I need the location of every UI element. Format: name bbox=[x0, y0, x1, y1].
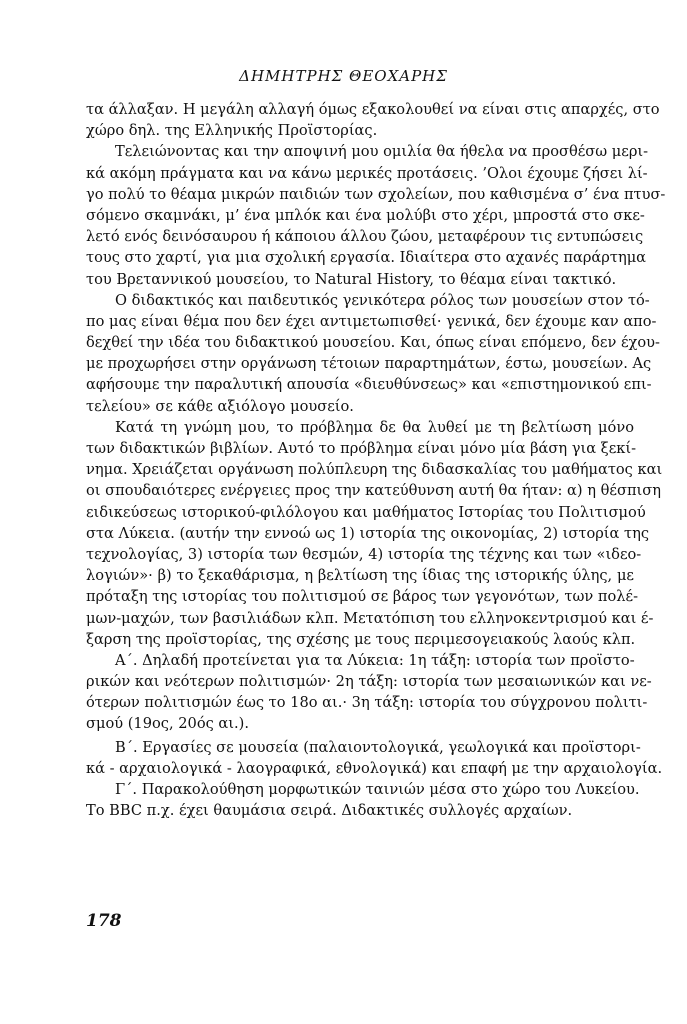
text-line: μων-μαχών, των βασιλιάδων κλπ. Μετατόπισ… bbox=[86, 608, 634, 629]
text-line: Γ΄. Παρακολούθηση μορφωτικών ταινιών μέσ… bbox=[86, 779, 634, 800]
page-number: 178 bbox=[86, 911, 122, 931]
text-line: ειδικεύσεως ιστορικού-φιλόλογου και μαθή… bbox=[86, 502, 634, 523]
text-line: Ο διδακτικός και παιδευτικός γενικότερα … bbox=[86, 290, 634, 311]
text-line: τα άλλαξαν. Η μεγάλη αλλαγή όμως εξακολο… bbox=[86, 99, 634, 120]
text-line: Α΄. Δηλαδή προτείνεται για τα Λύκεια: 1η… bbox=[86, 650, 634, 671]
text-line: δεχθεί την ιδέα του διδακτικού μουσείου.… bbox=[86, 332, 634, 353]
text-line: ότερων πολιτισμών έως το 18ο αι.· 3η τάξ… bbox=[86, 692, 634, 713]
paragraph: Β΄. Εργασίες σε μουσεία (παλαιοντολογικά… bbox=[86, 737, 634, 779]
text-line: νημα. Χρειάζεται οργάνωση πολύπλευρη της… bbox=[86, 459, 634, 480]
text-line: Τελειώνοντας και την αποψινή μου ομιλία … bbox=[86, 141, 634, 162]
text-line: τους στο χαρτί, για μια σχολική εργασία.… bbox=[86, 247, 634, 268]
text-line: Β΄. Εργασίες σε μουσεία (παλαιοντολογικά… bbox=[86, 737, 634, 758]
text-line: πρόταξη της ιστορίας του πολιτισμού σε β… bbox=[86, 586, 634, 607]
paragraph: Γ΄. Παρακολούθηση μορφωτικών ταινιών μέσ… bbox=[86, 779, 634, 821]
text-line: σμού (19ος, 20ός αι.). bbox=[86, 713, 634, 734]
text-line: αφήσουμε την παραλυτική απουσία «διευθύν… bbox=[86, 374, 634, 395]
paragraph: Ο διδακτικός και παιδευτικός γενικότερα … bbox=[86, 290, 634, 417]
text-line: τελείου» σε κάθε αξιόλογο μουσείο. bbox=[86, 396, 634, 417]
paragraph: Κατά τη γνώμη μου, το πρόβλημα δε θα λυθ… bbox=[86, 417, 634, 650]
text-line: σόμενο σκαμνάκι, μ’ ένα μπλόκ και ένα μο… bbox=[86, 205, 634, 226]
running-head: ΔΗΜΗΤΡΗΣ ΘΕΟΧΑΡΗΣ bbox=[0, 67, 687, 85]
text-line: του Βρεταννικού μουσείου, το Natural His… bbox=[86, 269, 634, 290]
text-line: γο πολύ το θέαμα μικρών παιδιών των σχολ… bbox=[86, 184, 634, 205]
text-line: πο μας είναι θέμα που δεν έχει αντιμετωπ… bbox=[86, 311, 634, 332]
text-line: οι σπουδαιότερες ενέργειες προς την κατε… bbox=[86, 480, 634, 501]
text-line: Κατά τη γνώμη μου, το πρόβλημα δε θα λυθ… bbox=[86, 417, 634, 438]
text-line: χώρο δηλ. της Ελληνικής Προϊστορίας. bbox=[86, 120, 634, 141]
text-line: λετό ενός δεινόσαυρου ή κάποιου άλλου ζώ… bbox=[86, 226, 634, 247]
text-line: τεχνολογίας, 3) ιστορία των θεσμών, 4) ι… bbox=[86, 544, 634, 565]
text-line: ξαρση της προϊστορίας, της σχέσης με του… bbox=[86, 629, 634, 650]
text-line: στα Λύκεια. (αυτήν την εννοώ ως 1) ιστορ… bbox=[86, 523, 634, 544]
body-text: τα άλλαξαν. Η μεγάλη αλλαγή όμως εξακολο… bbox=[86, 99, 634, 821]
document-page: ΔΗΜΗΤΡΗΣ ΘΕΟΧΑΡΗΣ τα άλλαξαν. Η μεγάλη α… bbox=[0, 0, 687, 1024]
text-line: κά ακόμη πράγματα και να κάνω μερικές πρ… bbox=[86, 163, 634, 184]
text-line: Το BBC π.χ. έχει θαυμάσια σειρά. Διδακτι… bbox=[86, 800, 634, 821]
text-line: των διδακτικών βιβλίων. Αυτό το πρόβλημα… bbox=[86, 438, 634, 459]
paragraph: Α΄. Δηλαδή προτείνεται για τα Λύκεια: 1η… bbox=[86, 650, 634, 735]
text-line: κά - αρχαιολογικά - λαογραφικά, εθνολογι… bbox=[86, 758, 634, 779]
text-line: με προχωρήσει στην οργάνωση τέτοιων παρα… bbox=[86, 353, 634, 374]
text-line: λογιών»· β) το ξεκαθάρισμα, η βελτίωση τ… bbox=[86, 565, 634, 586]
paragraph: Τελειώνοντας και την αποψινή μου ομιλία … bbox=[86, 141, 634, 289]
text-line: ρικών και νεότερων πολιτισμών· 2η τάξη: … bbox=[86, 671, 634, 692]
paragraph: τα άλλαξαν. Η μεγάλη αλλαγή όμως εξακολο… bbox=[86, 99, 634, 141]
